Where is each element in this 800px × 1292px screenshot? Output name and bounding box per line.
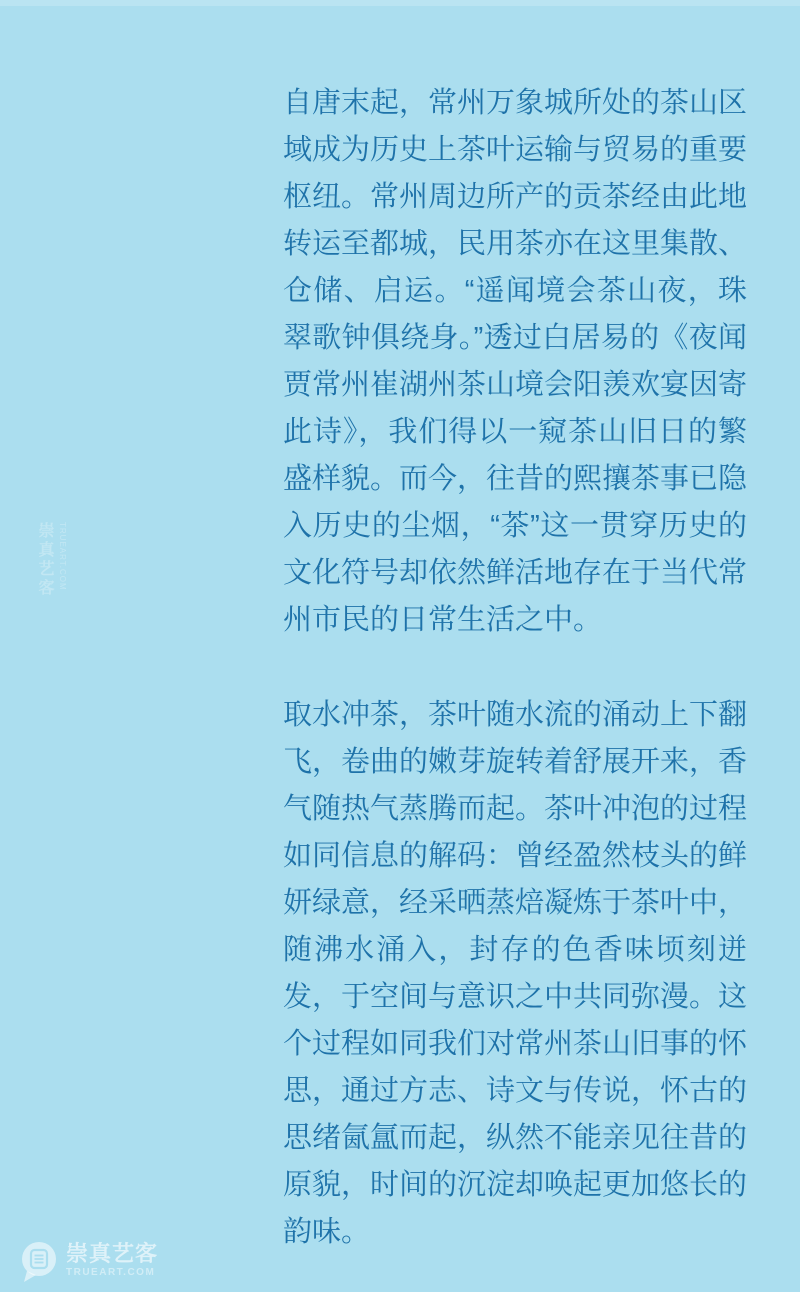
watermark-texts: 崇真艺客 TRUEART.COM [66,1242,158,1278]
watermark: 崇真艺客 TRUEART.COM [20,1240,158,1286]
article-paragraph-1: 自唐末起，常州万象城所处的茶山区域成为历史上茶叶运输与贸易的重要枢纽。常州周边所… [283,80,747,644]
watermark-site-name: 崇真艺客 [66,1242,158,1266]
speech-bubble-document-icon [20,1240,58,1286]
article-page: { "page": { "background_color": "#ABDEEF… [0,0,800,1292]
side-watermark-site-name: 崇真艺客 [33,522,56,598]
article-body: 自唐末起，常州万象城所处的茶山区域成为历史上茶叶运输与贸易的重要枢纽。常州周边所… [283,80,747,1256]
side-watermark-site-domain: TRUEART.COM [58,522,67,591]
top-sheen-band [0,0,800,6]
side-watermark: 崇真艺客 TRUEART.COM [33,522,67,598]
article-paragraph-2: 取水冲茶，茶叶随水流的涌动上下翻飞，卷曲的嫩芽旋转着舒展开来，香气随热气蒸腾而起… [283,692,747,1256]
watermark-site-domain: TRUEART.COM [66,1267,158,1278]
